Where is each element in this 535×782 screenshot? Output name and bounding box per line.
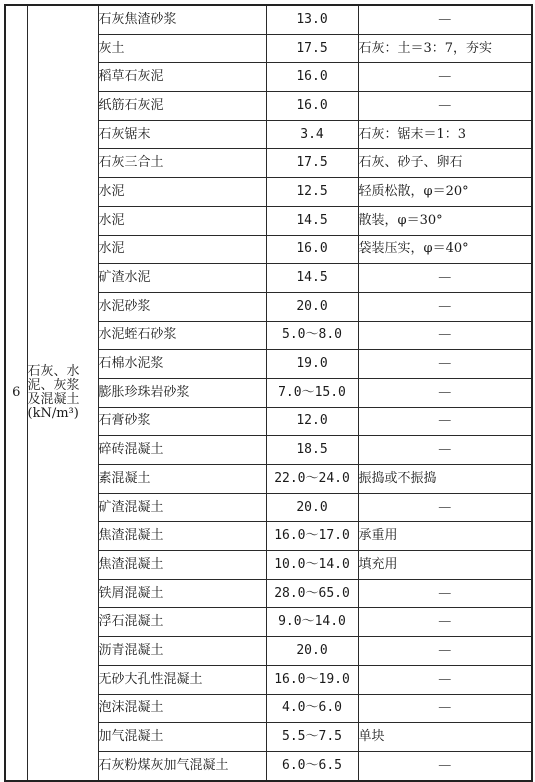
material-name: 碎砖混凝土: [98, 436, 266, 465]
material-name: 石灰粉煤灰加气混凝土: [98, 751, 266, 780]
remark: —: [358, 608, 532, 637]
unit-weight-value: 9.0～14.0: [266, 608, 358, 637]
material-weight-table: 6石灰、水泥、灰浆及混凝土(kN/m³)石灰焦渣砂浆13.0—灰土17.5石灰：…: [4, 4, 533, 782]
remark: —: [358, 637, 532, 666]
material-name: 素混凝土: [98, 465, 266, 494]
unit-weight-value: 16.0: [266, 63, 358, 92]
unit-weight-value: 19.0: [266, 350, 358, 379]
material-name: 膨胀珍珠岩砂浆: [98, 378, 266, 407]
material-name: 水泥: [98, 178, 266, 207]
remark: —: [358, 321, 532, 350]
unit-weight-value: 5.0～8.0: [266, 321, 358, 350]
unit-weight-value: 13.0: [266, 5, 358, 34]
material-name: 矿渣混凝土: [98, 493, 266, 522]
remark: 承重用: [358, 522, 532, 551]
material-name: 无砂大孔性混凝土: [98, 665, 266, 694]
unit-weight-value: 16.0: [266, 92, 358, 121]
unit-weight-value: 18.5: [266, 436, 358, 465]
table-row: 6石灰、水泥、灰浆及混凝土(kN/m³)石灰焦渣砂浆13.0—: [5, 5, 532, 34]
group-index-cell: 6: [5, 5, 27, 781]
material-name: 沥青混凝土: [98, 637, 266, 666]
remark: 填充用: [358, 551, 532, 580]
remark: 轻质松散，φ＝20°: [358, 178, 532, 207]
material-name: 纸筋石灰泥: [98, 92, 266, 121]
document-page: 6石灰、水泥、灰浆及混凝土(kN/m³)石灰焦渣砂浆13.0—灰土17.5石灰：…: [0, 0, 535, 782]
unit-weight-value: 6.0～6.5: [266, 751, 358, 780]
remark: —: [358, 350, 532, 379]
remark: —: [358, 493, 532, 522]
remark: —: [358, 751, 532, 780]
remark: —: [358, 292, 532, 321]
material-name: 石灰焦渣砂浆: [98, 5, 266, 34]
material-name: 石膏砂浆: [98, 407, 266, 436]
material-name: 焦渣混凝土: [98, 522, 266, 551]
remark: 单块: [358, 723, 532, 752]
remark: —: [358, 63, 532, 92]
unit-weight-value: 20.0: [266, 493, 358, 522]
remark: —: [358, 579, 532, 608]
material-name: 泡沫混凝土: [98, 694, 266, 723]
material-name: 水泥蛭石砂浆: [98, 321, 266, 350]
unit-weight-value: 16.0: [266, 235, 358, 264]
unit-weight-value: 12.0: [266, 407, 358, 436]
material-name: 水泥: [98, 206, 266, 235]
material-name: 焦渣混凝土: [98, 551, 266, 580]
material-name: 灰土: [98, 34, 266, 63]
material-name: 石棉水泥浆: [98, 350, 266, 379]
unit-weight-value: 17.5: [266, 149, 358, 178]
remark: 石灰：土＝3：7，夯实: [358, 34, 532, 63]
remark: —: [358, 264, 532, 293]
material-name: 石灰锯末: [98, 120, 266, 149]
material-name: 矿渣水泥: [98, 264, 266, 293]
unit-weight-value: 28.0～65.0: [266, 579, 358, 608]
remark: 袋装压实，φ＝40°: [358, 235, 532, 264]
material-name: 稻草石灰泥: [98, 63, 266, 92]
remark: —: [358, 694, 532, 723]
remark: 振捣或不振捣: [358, 465, 532, 494]
unit-weight-value: 4.0～6.0: [266, 694, 358, 723]
remark: 散装，φ＝30°: [358, 206, 532, 235]
unit-weight-value: 14.5: [266, 206, 358, 235]
unit-weight-value: 7.0～15.0: [266, 378, 358, 407]
remark: —: [358, 5, 532, 34]
unit-weight-value: 12.5: [266, 178, 358, 207]
unit-weight-value: 22.0～24.0: [266, 465, 358, 494]
material-name: 石灰三合土: [98, 149, 266, 178]
unit-weight-value: 3.4: [266, 120, 358, 149]
category-line: 及混凝土: [28, 393, 98, 407]
remark: —: [358, 92, 532, 121]
material-name: 加气混凝土: [98, 723, 266, 752]
unit-weight-value: 17.5: [266, 34, 358, 63]
remark: 石灰、砂子、卵石: [358, 149, 532, 178]
category-line: 石灰、水: [28, 365, 98, 379]
unit-weight-value: 5.5～7.5: [266, 723, 358, 752]
unit-weight-value: 20.0: [266, 292, 358, 321]
unit-weight-value: 16.0～19.0: [266, 665, 358, 694]
category-line: 泥、灰浆: [28, 379, 98, 393]
unit-weight-value: 20.0: [266, 637, 358, 666]
category-cell: 石灰、水泥、灰浆及混凝土(kN/m³): [27, 5, 98, 781]
material-name: 水泥砂浆: [98, 292, 266, 321]
remark: —: [358, 665, 532, 694]
material-name: 水泥: [98, 235, 266, 264]
unit-weight-value: 14.5: [266, 264, 358, 293]
remark: —: [358, 436, 532, 465]
remark: —: [358, 378, 532, 407]
category-line: (kN/m³): [28, 407, 98, 421]
unit-weight-value: 10.0～14.0: [266, 551, 358, 580]
remark: 石灰：锯末＝1：3: [358, 120, 532, 149]
table-body: 6石灰、水泥、灰浆及混凝土(kN/m³)石灰焦渣砂浆13.0—灰土17.5石灰：…: [5, 5, 532, 781]
unit-weight-value: 16.0～17.0: [266, 522, 358, 551]
material-name: 铁屑混凝土: [98, 579, 266, 608]
remark: —: [358, 407, 532, 436]
material-name: 浮石混凝土: [98, 608, 266, 637]
